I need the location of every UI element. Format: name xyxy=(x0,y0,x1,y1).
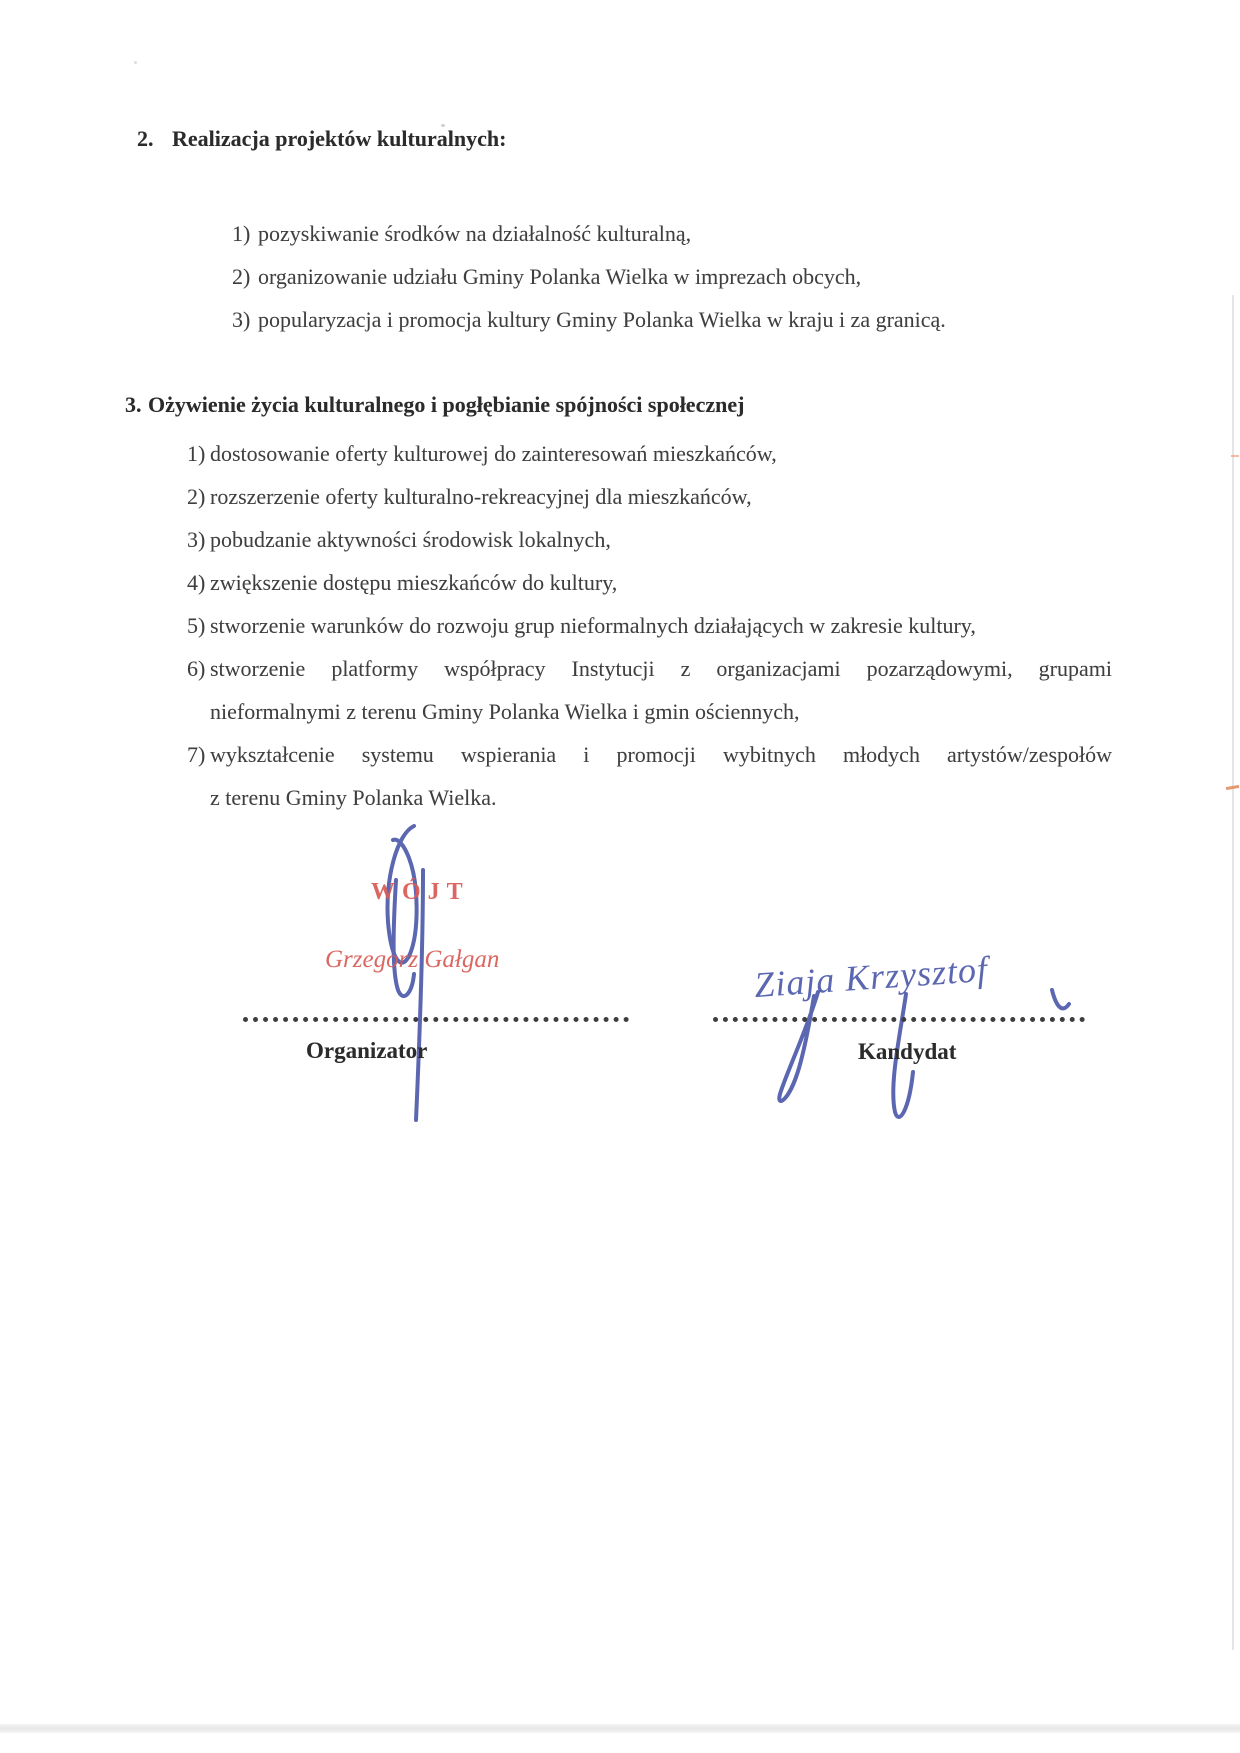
signature-stroke xyxy=(1052,990,1069,1008)
list-item-line: z terenu Gminy Polanka Wielka. xyxy=(210,776,1112,819)
signature-dotted-line-left xyxy=(243,1017,629,1022)
list-item-line: stworzenie warunków do rozwoju grup nief… xyxy=(210,604,1112,647)
section-2-number: 2. xyxy=(137,126,172,152)
list-item-text: stworzenie warunków do rozwoju grup nief… xyxy=(210,604,1112,647)
organizer-label: Organizator xyxy=(306,1038,427,1064)
list-item-text: pobudzanie aktywności środowisk lokalnyc… xyxy=(210,518,1112,561)
list-item-text: wykształcenie systemu wspierania i promo… xyxy=(210,733,1112,819)
list-item-line: pobudzanie aktywności środowisk lokalnyc… xyxy=(210,518,1112,561)
list-item-marker: 7) xyxy=(187,733,210,776)
list-item-marker: 3) xyxy=(187,518,210,561)
candidate-label: Kandydat xyxy=(858,1039,956,1065)
list-item-marker: 3) xyxy=(232,298,258,341)
signature-stroke xyxy=(416,870,423,1120)
stamp-title: WÓJT xyxy=(371,879,470,906)
list-item-text: dostosowanie oferty kulturowej do zainte… xyxy=(210,432,1112,475)
list-item: 5)stworzenie warunków do rozwoju grup ni… xyxy=(187,604,1112,647)
list-item-line: organizowanie udziału Gminy Polanka Wiel… xyxy=(258,255,1138,298)
list-item-text: popularyzacja i promocja kultury Gminy P… xyxy=(258,298,1138,341)
section-2-list: 1)pozyskiwanie środków na działalność ku… xyxy=(232,212,1138,341)
section-2-heading: 2.Realizacja projektów kulturalnych: xyxy=(137,126,506,152)
scan-speck xyxy=(441,124,445,127)
list-item-line: rozszerzenie oferty kulturalno-rekreacyj… xyxy=(210,475,1112,518)
scan-edge-line xyxy=(1232,295,1234,1650)
list-item: 1)dostosowanie oferty kulturowej do zain… xyxy=(187,432,1112,475)
candidate-handwritten-signature: Ziaja Krzysztof xyxy=(753,948,989,1006)
list-item: 6)stworzenie platformy współpracy Instyt… xyxy=(187,647,1112,733)
list-item-line: stworzenie platformy współpracy Instytuc… xyxy=(210,647,1112,690)
scan-bottom-shadow xyxy=(0,1724,1240,1733)
list-item-marker: 1) xyxy=(232,212,258,255)
scan-speck xyxy=(134,61,137,64)
signature-stroke xyxy=(779,992,818,1101)
list-item-line: zwiększenie dostępu mieszkańców do kultu… xyxy=(210,561,1112,604)
list-item-text: pozyskiwanie środków na działalność kult… xyxy=(258,212,1138,255)
list-item-line: pozyskiwanie środków na działalność kult… xyxy=(258,212,1138,255)
list-item: 4)zwiększenie dostępu mieszkańców do kul… xyxy=(187,561,1112,604)
list-item-text: rozszerzenie oferty kulturalno-rekreacyj… xyxy=(210,475,1112,518)
list-item-line: nieformalnymi z terenu Gminy Polanka Wie… xyxy=(210,690,1112,733)
list-item-text: stworzenie platformy współpracy Instytuc… xyxy=(210,647,1112,733)
list-item-text: zwiększenie dostępu mieszkańców do kultu… xyxy=(210,561,1112,604)
list-item-marker: 4) xyxy=(187,561,210,604)
list-item-line: dostosowanie oferty kulturowej do zainte… xyxy=(210,432,1112,475)
list-item: 7)wykształcenie systemu wspierania i pro… xyxy=(187,733,1112,819)
list-item: 2)rozszerzenie oferty kulturalno-rekreac… xyxy=(187,475,1112,518)
list-item-marker: 2) xyxy=(232,255,258,298)
list-item-marker: 1) xyxy=(187,432,210,475)
list-item: 2)organizowanie udziału Gminy Polanka Wi… xyxy=(232,255,1138,298)
list-item: 3)pobudzanie aktywności środowisk lokaln… xyxy=(187,518,1112,561)
list-item-marker: 2) xyxy=(187,475,210,518)
list-item: 1)pozyskiwanie środków na działalność ku… xyxy=(232,212,1138,255)
section-3-heading: 3.Ożywienie życia kulturalnego i pogłębi… xyxy=(125,392,744,418)
document-page: 2.Realizacja projektów kulturalnych: 1)p… xyxy=(0,0,1240,1753)
section-3-number: 3. xyxy=(125,392,148,418)
list-item-line: wykształcenie systemu wspierania i promo… xyxy=(210,733,1112,776)
list-item-text: organizowanie udziału Gminy Polanka Wiel… xyxy=(258,255,1138,298)
list-item-marker: 5) xyxy=(187,604,210,647)
list-item: 3)popularyzacja i promocja kultury Gminy… xyxy=(232,298,1138,341)
list-item-line: popularyzacja i promocja kultury Gminy P… xyxy=(258,298,1138,341)
section-3-list: 1)dostosowanie oferty kulturowej do zain… xyxy=(187,432,1112,819)
scan-red-mark-small xyxy=(1231,455,1239,457)
stamp-name: Grzegorz Gałgan xyxy=(325,946,499,974)
section-2-title: Realizacja projektów kulturalnych: xyxy=(172,126,506,151)
list-item-marker: 6) xyxy=(187,647,210,690)
section-3-title: Ożywienie życia kulturalnego i pogłębian… xyxy=(148,392,744,417)
signature-dotted-line-right xyxy=(713,1017,1085,1022)
